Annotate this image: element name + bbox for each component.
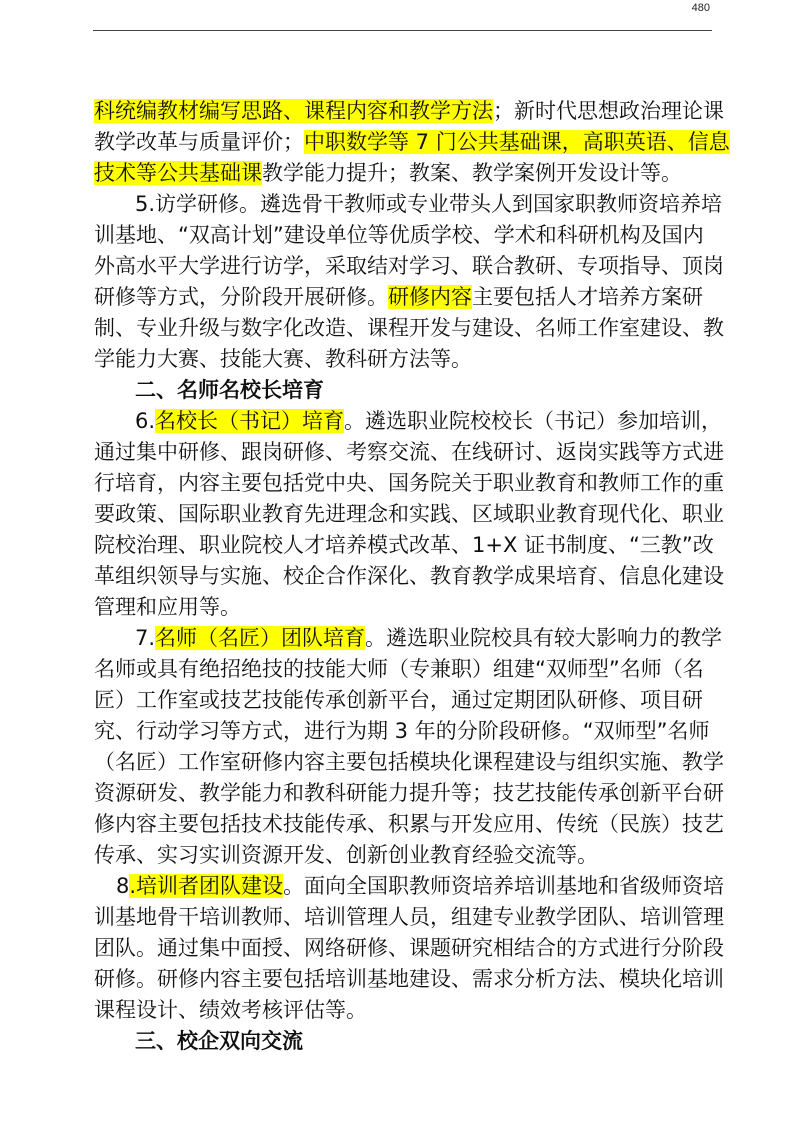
highlighted-text: 中职数学等 7 门公共基础课，高职英语、信息: [304, 130, 730, 154]
highlighted-text: 名校长（书记）培育: [155, 409, 344, 433]
text-line: 院校治理、职业院校人才培养模式改革、1+X 证书制度、“三教”改: [94, 530, 696, 561]
text-segment: 革组织领导与实施、校企合作深化、教育教学成果培育、信息化建设: [94, 564, 724, 588]
text-line: 修内容主要包括技术技能传承、积累与开发应用、传统（民族）技艺: [94, 809, 696, 840]
text-segment: 行培育，内容主要包括党中央、国务院关于职业教育和教师工作的重: [94, 471, 724, 495]
text-segment: 7.: [135, 626, 155, 650]
header-rule: [93, 30, 712, 31]
text-line: 研修。研修内容主要包括培训基地建设、需求分析方法、模块化培训: [94, 964, 696, 995]
text-segment: 名师或具有绝招绝技的技能大师（专兼职）组建“双师型”名师（名: [94, 657, 704, 681]
text-line: 要政策、国际职业教育先进理念和实践、区域职业教育现代化、职业: [94, 499, 696, 530]
text-line: 5.访学研修。遴选骨干教师或专业带头人到国家职教师资培养培: [94, 189, 696, 220]
text-segment: ；新时代思想政治理论课: [493, 99, 724, 123]
section-heading: 三、校企双向交流: [94, 1026, 696, 1057]
text-line: 8.培训者团队建设。面向全国职教师资培养培训基地和省级师资培: [94, 871, 696, 902]
text-line: 究、行动学习等方式，进行为期 3 年的分阶段研修。“双师型”名师: [94, 716, 696, 747]
text-line: （名匠）工作室研修内容主要包括模块化课程建设与组织实施、教学: [94, 747, 696, 778]
text-line: 匠）工作室或技艺技能传承创新平台，通过定期团队研修、项目研: [94, 685, 696, 716]
text-line: 技术等公共基础课教学能力提升；教案、教学案例开发设计等。: [94, 158, 696, 189]
text-line: 通过集中研修、跟岗研修、考察交流、在线研讨、返岗实践等方式进: [94, 437, 696, 468]
text-segment: 外高水平大学进行访学，采取结对学习、联合教研、专项指导、顶岗: [94, 254, 724, 278]
text-line: 团队。通过集中面授、网络研修、课题研究相结合的方式进行分阶段: [94, 933, 696, 964]
text-segment: 制、专业升级与数字化改造、课程开发与建设、名师工作室建设、教: [94, 316, 724, 340]
text-line: 革组织领导与实施、校企合作深化、教育教学成果培育、信息化建设: [94, 561, 696, 592]
text-segment: 教学改革与质量评价；: [94, 130, 304, 154]
highlighted-text: 研修内容: [388, 285, 472, 309]
text-line: 研修等方式，分阶段开展研修。研修内容主要包括人才培养方案研: [94, 282, 696, 313]
text-line: 传承、实习实训资源开发、创新创业教育经验交流等。: [94, 840, 696, 871]
section-heading: 二、名师名校长培育: [94, 375, 696, 406]
document-body: 科统编教材编写思路、课程内容和教学方法；新时代思想政治理论课教学改革与质量评价；…: [94, 96, 696, 1057]
text-segment: 。面向全国职教师资培养培训基地和省级师资培: [283, 874, 724, 898]
text-segment: 学能力大赛、技能大赛、教科研方法等。: [94, 347, 472, 371]
text-segment: 要政策、国际职业教育先进理念和实践、区域职业教育现代化、职业: [94, 502, 724, 526]
text-segment: 三、校企双向交流: [135, 1029, 303, 1053]
text-segment: 通过集中研修、跟岗研修、考察交流、在线研讨、返岗实践等方式进: [94, 440, 724, 464]
highlighted-text: 技术等公共基础课: [94, 161, 262, 185]
text-segment: 训基地骨干培训教师、培训管理人员，组建专业教学团队、培训管理: [94, 905, 724, 929]
text-segment: 匠）工作室或技艺技能传承创新平台，通过定期团队研修、项目研: [94, 688, 703, 712]
text-segment: 研修。研修内容主要包括培训基地建设、需求分析方法、模块化培训: [94, 967, 724, 991]
text-segment: 修内容主要包括技术技能传承、积累与开发应用、传统（民族）技艺: [94, 812, 724, 836]
text-segment: 二、名师名校长培育: [135, 378, 324, 402]
text-segment: 课程设计、绩效考核评估等。: [94, 998, 367, 1022]
text-segment: 。遴选职业院校校长（书记）参加培训，: [344, 409, 722, 433]
page-number: 480: [692, 0, 710, 16]
text-segment: 究、行动学习等方式，进行为期 3 年的分阶段研修。“双师型”名师: [94, 719, 709, 743]
text-segment: 院校治理、职业院校人才培养模式改革、1+X 证书制度、“三教”改: [94, 533, 714, 557]
text-segment: 教学能力提升；教案、教学案例开发设计等。: [262, 161, 682, 185]
text-segment: 6.: [135, 409, 155, 433]
text-line: 6.名校长（书记）培育。遴选职业院校校长（书记）参加培训，: [94, 406, 696, 437]
text-segment: 5.访学研修。遴选骨干教师或专业带头人到国家职教师资培养培: [135, 192, 722, 216]
text-line: 名师或具有绝招绝技的技能大师（专兼职）组建“双师型”名师（名: [94, 654, 696, 685]
text-line: 训基地、“双高计划”建设单位等优质学校、学术和科研机构及国内: [94, 220, 696, 251]
text-segment: 主要包括人才培养方案研: [472, 285, 703, 309]
highlighted-text: 名师（名匠）团队培育: [155, 626, 365, 650]
highlighted-text: .培训者团队建设: [129, 874, 283, 898]
text-line: 教学改革与质量评价；中职数学等 7 门公共基础课，高职英语、信息: [94, 127, 696, 158]
highlighted-text: 科统编教材编写思路、课程内容和教学方法: [94, 99, 493, 123]
text-line: 训基地骨干培训教师、培训管理人员，组建专业教学团队、培训管理: [94, 902, 696, 933]
text-line: 管理和应用等。: [94, 592, 696, 623]
text-segment: （名匠）工作室研修内容主要包括模块化课程建设与组织实施、教学: [94, 750, 724, 774]
text-line: 学能力大赛、技能大赛、教科研方法等。: [94, 344, 696, 375]
text-line: 7.名师（名匠）团队培育。遴选职业院校具有较大影响力的教学: [94, 623, 696, 654]
text-segment: 训基地、“双高计划”建设单位等优质学校、学术和科研机构及国内: [94, 223, 704, 247]
text-line: 课程设计、绩效考核评估等。: [94, 995, 696, 1026]
text-line: 外高水平大学进行访学，采取结对学习、联合教研、专项指导、顶岗: [94, 251, 696, 282]
text-segment: 研修等方式，分阶段开展研修。: [94, 285, 388, 309]
text-line: 科统编教材编写思路、课程内容和教学方法；新时代思想政治理论课: [94, 96, 696, 127]
text-segment: 传承、实习实训资源开发、创新创业教育经验交流等。: [94, 843, 598, 867]
text-segment: 8: [116, 874, 129, 898]
text-segment: 团队。通过集中面授、网络研修、课题研究相结合的方式进行分阶段: [94, 936, 724, 960]
text-line: 行培育，内容主要包括党中央、国务院关于职业教育和教师工作的重: [94, 468, 696, 499]
text-line: 资源研发、教学能力和教科研能力提升等；技艺技能传承创新平台研: [94, 778, 696, 809]
text-line: 制、专业升级与数字化改造、课程开发与建设、名师工作室建设、教: [94, 313, 696, 344]
text-segment: 管理和应用等。: [94, 595, 241, 619]
text-segment: 资源研发、教学能力和教科研能力提升等；技艺技能传承创新平台研: [94, 781, 724, 805]
text-segment: 。遴选职业院校具有较大影响力的教学: [365, 626, 722, 650]
